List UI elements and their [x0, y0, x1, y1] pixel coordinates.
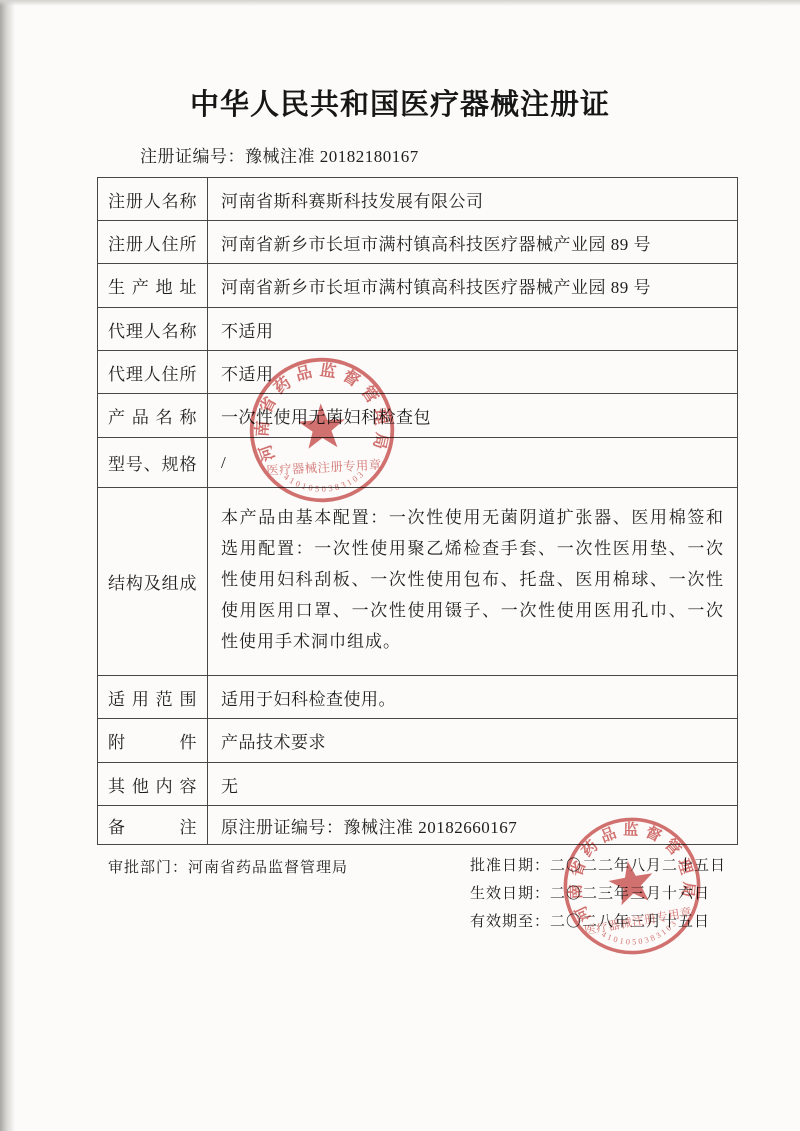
table-row: 备 注 原注册证编号：豫械注准 20182660167: [98, 806, 738, 845]
certificate-page: 中华人民共和国医疗器械注册证 注册证编号：豫械注准 20182180167 注册…: [0, 0, 800, 1131]
approval-date-value: 二〇二二年八月二十五日: [550, 858, 726, 874]
row-value: 河南省新乡市长垣市满村镇高科技医疗器械产业园 89 号: [208, 221, 738, 264]
table-row: 附 件 产品技术要求: [98, 719, 738, 763]
table-row: 注册人住所 河南省新乡市长垣市满村镇高科技医疗器械产业园 89 号: [98, 221, 738, 264]
row-label: 代理人住所: [98, 351, 208, 394]
row-value: 河南省斯科赛斯科技发展有限公司: [208, 178, 738, 221]
row-label: 其他内容: [98, 763, 208, 806]
row-value: /: [208, 438, 738, 488]
effective-date-value: 二〇二三年三月十六日: [550, 886, 710, 902]
table-row: 代理人名称 不适用: [98, 308, 738, 351]
row-value: 原注册证编号：豫械注准 20182660167: [208, 806, 738, 845]
row-label: 代理人名称: [98, 308, 208, 351]
table-row: 适用范围 适用于妇科检查使用。: [98, 676, 738, 719]
page-title: 中华人民共和国医疗器械注册证: [0, 82, 800, 123]
row-label: 适用范围: [98, 676, 208, 719]
expiry-date-label: 有效期至：: [470, 914, 550, 930]
row-label: 产品名称: [98, 394, 208, 438]
row-label: 附 件: [98, 719, 208, 763]
table-row: 结构及组成 本产品由基本配置：一次性使用无菌阴道扩张器、医用棉签和选用配置：一次…: [98, 488, 738, 676]
table-row: 生产地址 河南省新乡市长垣市满村镇高科技医疗器械产业园 89 号: [98, 264, 738, 308]
table-row: 注册人名称 河南省斯科赛斯科技发展有限公司: [98, 178, 738, 221]
date-block: 批准日期：二〇二二年八月二十五日 生效日期：二〇二三年三月十六日 有效期至：二〇…: [470, 852, 726, 936]
row-value: 无: [208, 763, 738, 806]
registration-number-label: 注册证编号：: [140, 147, 245, 166]
row-label: 注册人住所: [98, 221, 208, 264]
row-value: 不适用: [208, 308, 738, 351]
row-label: 型号、规格: [98, 438, 208, 488]
approval-date-label: 批准日期：: [470, 858, 550, 874]
effective-date-label: 生效日期：: [470, 886, 550, 902]
registration-number-line: 注册证编号：豫械注准 20182180167: [140, 142, 419, 167]
approval-department-label: 审批部门：: [108, 860, 188, 876]
approval-department-line: 审批部门：河南省药品监督管理局: [108, 856, 348, 877]
row-label: 注册人名称: [98, 178, 208, 221]
table-row: 代理人住所 不适用: [98, 351, 738, 394]
table-row: 产品名称 一次性使用无菌妇科检查包: [98, 394, 738, 438]
row-label: 生产地址: [98, 264, 208, 308]
approval-department-value: 河南省药品监督管理局: [188, 860, 348, 876]
effective-date-line: 生效日期：二〇二三年三月十六日: [470, 880, 726, 908]
registration-number-value: 豫械注准 20182180167: [245, 147, 419, 166]
table-row: 其他内容 无: [98, 763, 738, 806]
expiry-date-line: 有效期至：二〇二八年三月十五日: [470, 908, 726, 936]
expiry-date-value: 二〇二八年三月十五日: [550, 914, 710, 930]
row-value: 不适用: [208, 351, 738, 394]
row-value: 产品技术要求: [208, 719, 738, 763]
row-value: 本产品由基本配置：一次性使用无菌阴道扩张器、医用棉签和选用配置：一次性使用聚乙烯…: [208, 488, 738, 676]
table-row: 型号、规格 /: [98, 438, 738, 488]
row-value: 河南省新乡市长垣市满村镇高科技医疗器械产业园 89 号: [208, 264, 738, 308]
row-value: 一次性使用无菌妇科检查包: [208, 394, 738, 438]
approval-date-line: 批准日期：二〇二二年八月二十五日: [470, 852, 726, 880]
certificate-table: 注册人名称 河南省斯科赛斯科技发展有限公司 注册人住所 河南省新乡市长垣市满村镇…: [97, 177, 738, 845]
row-label: 结构及组成: [98, 488, 208, 676]
row-label: 备 注: [98, 806, 208, 845]
row-value: 适用于妇科检查使用。: [208, 676, 738, 719]
